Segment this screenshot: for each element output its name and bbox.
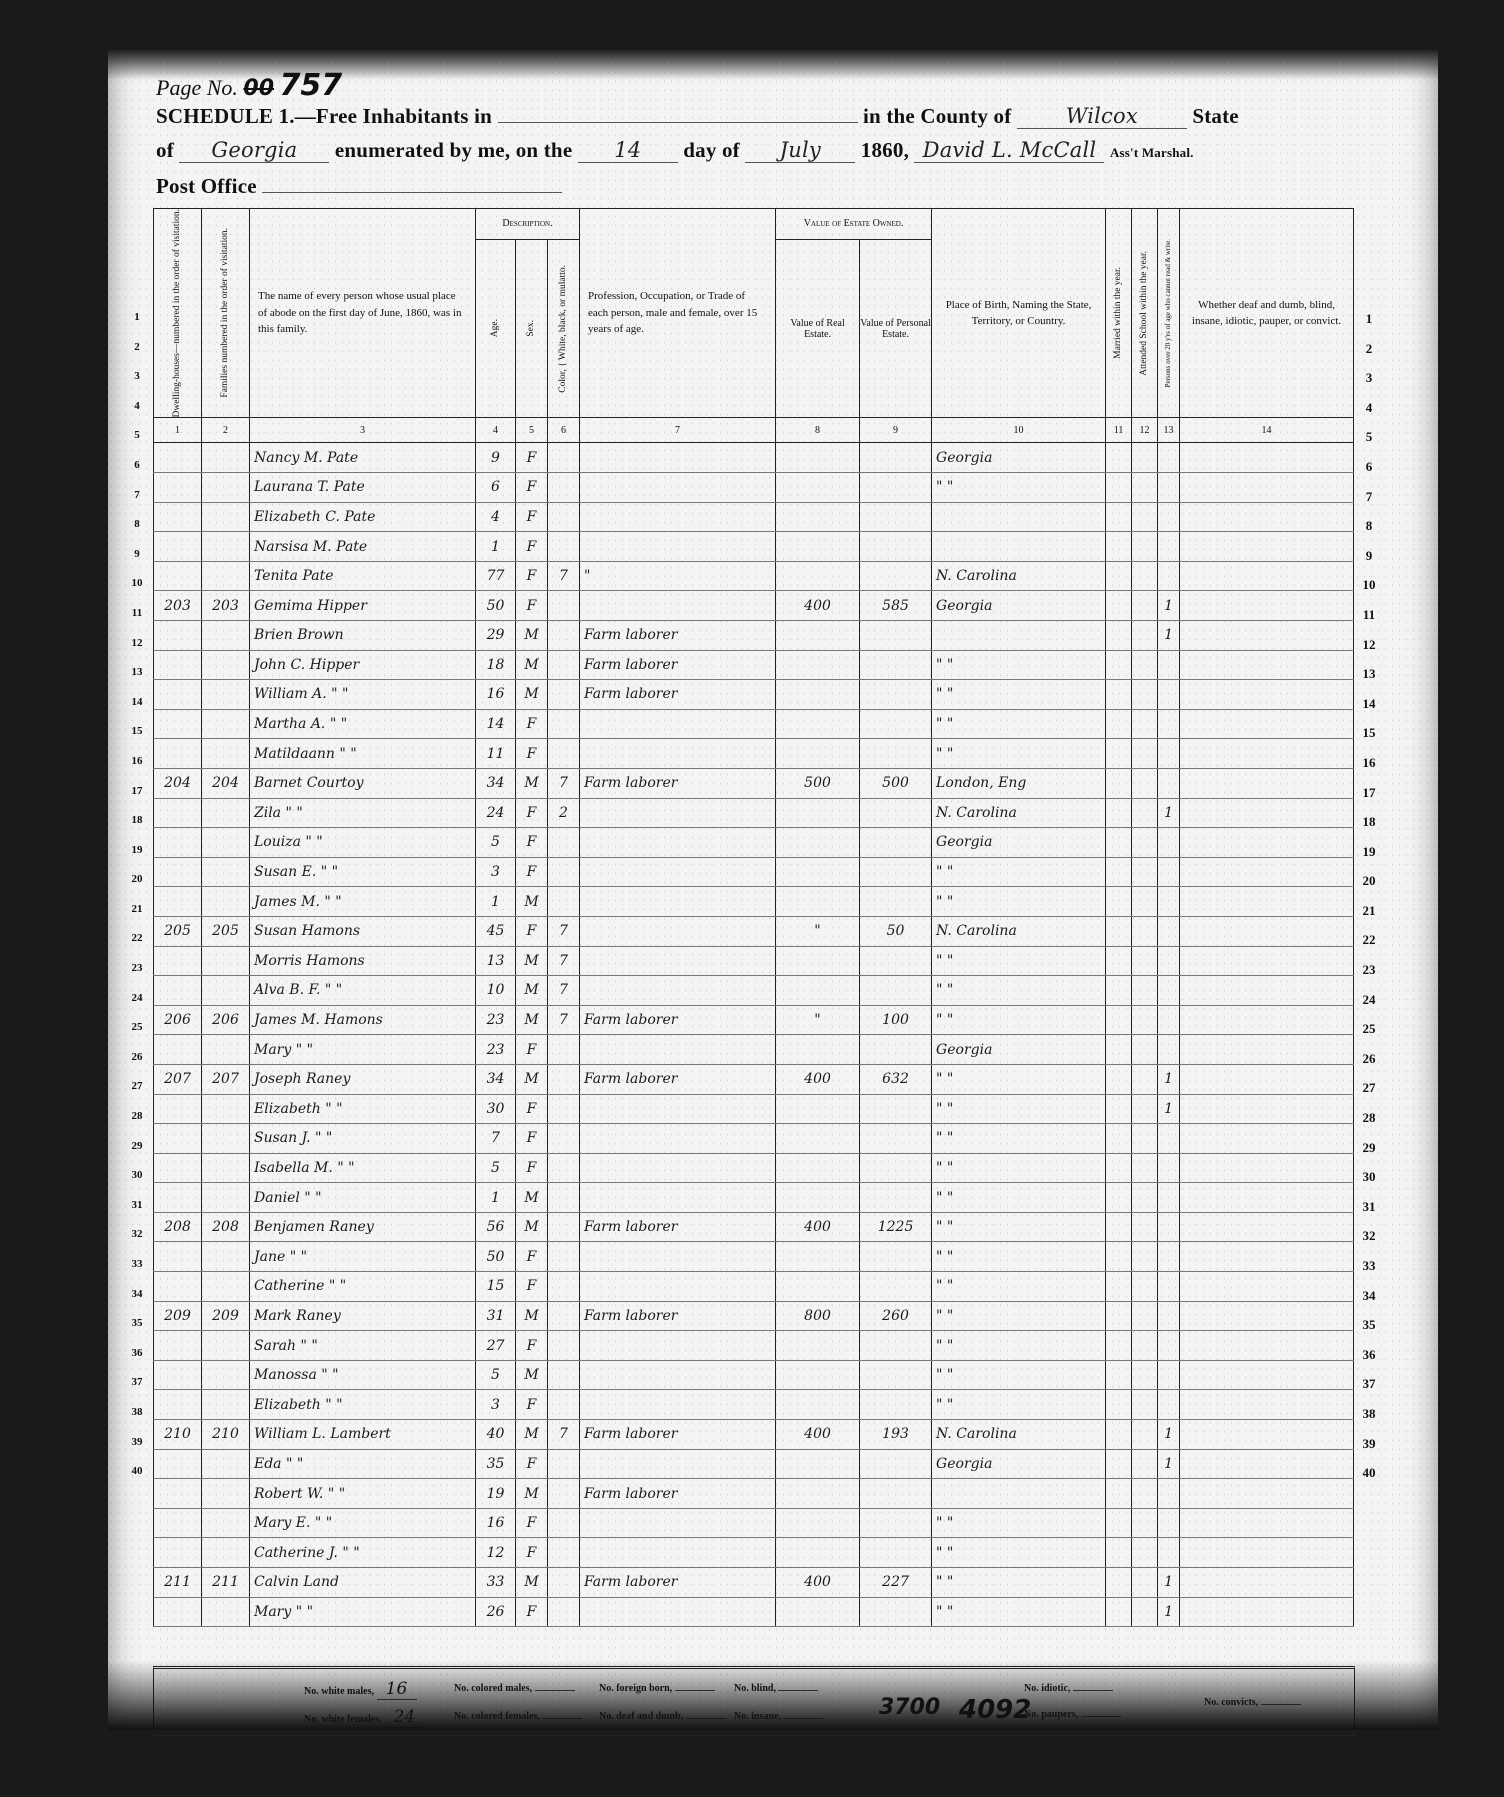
color-cell: 2 bbox=[548, 798, 580, 828]
married-within-year-cell bbox=[1106, 1331, 1132, 1361]
family-number-cell bbox=[202, 739, 250, 769]
table-row: Susan E. " "3F" " bbox=[154, 857, 1354, 887]
table-row: Brien Brown29MFarm laborer1 bbox=[154, 621, 1354, 651]
occupation-cell bbox=[580, 976, 776, 1006]
condition-cell bbox=[1180, 768, 1354, 798]
married-within-year-cell bbox=[1106, 1360, 1132, 1390]
cannot-read-write-cell bbox=[1158, 1508, 1180, 1538]
married-within-year-cell bbox=[1106, 1094, 1132, 1124]
color-cell bbox=[548, 1094, 580, 1124]
line-number: 10 bbox=[124, 577, 150, 607]
age-cell: 50 bbox=[476, 1242, 516, 1272]
person-name-cell: James M. Hamons bbox=[250, 1005, 476, 1035]
attended-school-cell bbox=[1132, 1242, 1158, 1272]
sex-cell: M bbox=[516, 1568, 548, 1598]
table-row: Catherine J. " "12F" " bbox=[154, 1538, 1354, 1568]
marshal-signature: David L. McCall bbox=[914, 138, 1104, 163]
line-number: 16 bbox=[124, 755, 150, 785]
age-cell: 11 bbox=[476, 739, 516, 769]
dwelling-number-cell bbox=[154, 739, 202, 769]
real-estate-value-cell bbox=[776, 1035, 860, 1065]
dwelling-number-cell: 209 bbox=[154, 1301, 202, 1331]
married-within-year-cell bbox=[1106, 1035, 1132, 1065]
sex-cell: F bbox=[516, 857, 548, 887]
attended-school-cell bbox=[1132, 916, 1158, 946]
color-cell: 7 bbox=[548, 1420, 580, 1450]
table-row: Sarah " "27F" " bbox=[154, 1331, 1354, 1361]
col-real-estate-header: Value of Real Estate. bbox=[776, 239, 860, 418]
real-estate-value-cell: 800 bbox=[776, 1301, 860, 1331]
dwelling-number-cell bbox=[154, 976, 202, 1006]
condition-cell bbox=[1180, 1479, 1354, 1509]
personal-estate-value-cell bbox=[860, 739, 932, 769]
month-value: July bbox=[745, 138, 855, 163]
attended-school-cell bbox=[1132, 1212, 1158, 1242]
dwelling-number-cell bbox=[154, 709, 202, 739]
marshal-label: Ass't Marshal. bbox=[1110, 145, 1194, 160]
person-name-cell: Zila " " bbox=[250, 798, 476, 828]
attended-school-cell bbox=[1132, 1124, 1158, 1154]
table-row: 208208Benjamen Raney56MFarm laborer40012… bbox=[154, 1212, 1354, 1242]
condition-cell bbox=[1180, 561, 1354, 591]
color-cell: 7 bbox=[548, 561, 580, 591]
married-within-year-cell bbox=[1106, 532, 1132, 562]
line-number: 4 bbox=[1354, 400, 1384, 430]
family-number-cell bbox=[202, 946, 250, 976]
dwelling-number-cell bbox=[154, 1035, 202, 1065]
condition-cell bbox=[1180, 1212, 1354, 1242]
attended-school-cell bbox=[1132, 680, 1158, 710]
table-row: Mary " "26F" "1 bbox=[154, 1597, 1354, 1627]
condition-cell bbox=[1180, 1538, 1354, 1568]
family-number-cell bbox=[202, 709, 250, 739]
sex-cell: F bbox=[516, 1153, 548, 1183]
personal-estate-value-cell bbox=[860, 1331, 932, 1361]
color-cell: 7 bbox=[548, 946, 580, 976]
age-cell: 30 bbox=[476, 1094, 516, 1124]
census-rows: Nancy M. Pate9FGeorgiaLaurana T. Pate6F"… bbox=[154, 443, 1354, 1627]
dwelling-number-cell bbox=[154, 1597, 202, 1627]
person-name-cell: Susan E. " " bbox=[250, 857, 476, 887]
cannot-read-write-cell bbox=[1158, 1124, 1180, 1154]
dwelling-number-cell bbox=[154, 1094, 202, 1124]
birthplace-cell: " " bbox=[932, 650, 1106, 680]
married-within-year-cell bbox=[1106, 1568, 1132, 1598]
personal-estate-value-cell bbox=[860, 1597, 932, 1627]
condition-cell bbox=[1180, 709, 1354, 739]
table-row: 209209Mark Raney31MFarm laborer800260" " bbox=[154, 1301, 1354, 1331]
attended-school-cell bbox=[1132, 857, 1158, 887]
table-row: James M. " "1M" " bbox=[154, 887, 1354, 917]
real-estate-value-cell bbox=[776, 1242, 860, 1272]
age-cell: 5 bbox=[476, 828, 516, 858]
age-cell: 35 bbox=[476, 1449, 516, 1479]
occupation-cell: Farm laborer bbox=[580, 1568, 776, 1598]
occupation-cell bbox=[580, 857, 776, 887]
dwelling-number-cell bbox=[154, 1538, 202, 1568]
cannot-read-write-cell bbox=[1158, 680, 1180, 710]
cannot-read-write-cell bbox=[1158, 532, 1180, 562]
line-number: 6 bbox=[1354, 459, 1384, 489]
page-no-struck: 00 bbox=[243, 76, 274, 101]
condition-cell bbox=[1180, 857, 1354, 887]
table-row: Morris Hamons13M7" " bbox=[154, 946, 1354, 976]
line-number: 34 bbox=[1354, 1288, 1384, 1318]
family-number-cell bbox=[202, 1390, 250, 1420]
sex-cell: M bbox=[516, 1420, 548, 1450]
attended-school-cell bbox=[1132, 1390, 1158, 1420]
table-row: 206206James M. Hamons23M7Farm laborer"10… bbox=[154, 1005, 1354, 1035]
sex-cell: M bbox=[516, 1212, 548, 1242]
cannot-read-write-cell: 1 bbox=[1158, 1568, 1180, 1598]
person-name-cell: Susan J. " " bbox=[250, 1124, 476, 1154]
age-cell: 40 bbox=[476, 1420, 516, 1450]
real-estate-value-cell bbox=[776, 857, 860, 887]
occupation-cell bbox=[580, 1183, 776, 1213]
person-name-cell: William L. Lambert bbox=[250, 1420, 476, 1450]
color-cell bbox=[548, 1508, 580, 1538]
occupation-cell bbox=[580, 1124, 776, 1154]
birthplace-cell: " " bbox=[932, 1094, 1106, 1124]
attended-school-cell bbox=[1132, 1479, 1158, 1509]
line-number: 24 bbox=[1354, 992, 1384, 1022]
attended-school-cell bbox=[1132, 1064, 1158, 1094]
condition-cell bbox=[1180, 1124, 1354, 1154]
age-cell: 3 bbox=[476, 1390, 516, 1420]
dwelling-number-cell bbox=[154, 1183, 202, 1213]
person-name-cell: Susan Hamons bbox=[250, 916, 476, 946]
line-number: 7 bbox=[124, 489, 150, 519]
sex-cell: M bbox=[516, 1005, 548, 1035]
attended-school-cell bbox=[1132, 621, 1158, 651]
line-number: 40 bbox=[1354, 1465, 1384, 1495]
married-within-year-cell bbox=[1106, 1183, 1132, 1213]
person-name-cell: Calvin Land bbox=[250, 1568, 476, 1598]
birthplace-cell bbox=[932, 502, 1106, 532]
birthplace-cell: Georgia bbox=[932, 1035, 1106, 1065]
table-row: Narsisa M. Pate1F bbox=[154, 532, 1354, 562]
personal-estate-value-cell bbox=[860, 1360, 932, 1390]
married-within-year-cell bbox=[1106, 1212, 1132, 1242]
sex-cell: M bbox=[516, 946, 548, 976]
occupation-cell bbox=[580, 1538, 776, 1568]
occupation-cell bbox=[580, 1331, 776, 1361]
birthplace-cell: Georgia bbox=[932, 591, 1106, 621]
line-number: 31 bbox=[1354, 1199, 1384, 1229]
family-number-cell: 204 bbox=[202, 768, 250, 798]
line-number: 33 bbox=[1354, 1258, 1384, 1288]
condition-cell bbox=[1180, 1508, 1354, 1538]
line-number: 4 bbox=[124, 400, 150, 430]
table-row: Manossa " "5M" " bbox=[154, 1360, 1354, 1390]
personal-estate-value-cell bbox=[860, 680, 932, 710]
line-number: 1 bbox=[124, 311, 150, 341]
real-estate-value-cell bbox=[776, 798, 860, 828]
color-cell bbox=[548, 709, 580, 739]
line-number: 21 bbox=[124, 903, 150, 933]
birthplace-cell: " " bbox=[932, 1153, 1106, 1183]
year-label: 1860, bbox=[861, 138, 909, 162]
family-number-cell: 203 bbox=[202, 591, 250, 621]
sex-cell: F bbox=[516, 1272, 548, 1302]
person-name-cell: Louiza " " bbox=[250, 828, 476, 858]
dwelling-number-cell bbox=[154, 887, 202, 917]
sex-cell: M bbox=[516, 621, 548, 651]
family-number-cell bbox=[202, 621, 250, 651]
person-name-cell: Isabella M. " " bbox=[250, 1153, 476, 1183]
condition-cell bbox=[1180, 1568, 1354, 1598]
married-within-year-cell bbox=[1106, 621, 1132, 651]
sex-cell: F bbox=[516, 709, 548, 739]
person-name-cell: Joseph Raney bbox=[250, 1064, 476, 1094]
dwelling-number-cell bbox=[154, 443, 202, 473]
cannot-read-write-cell bbox=[1158, 887, 1180, 917]
line-number: 2 bbox=[124, 341, 150, 371]
occupation-cell: Farm laborer bbox=[580, 621, 776, 651]
person-name-cell: Mary E. " " bbox=[250, 1508, 476, 1538]
post-office-line: Post Office bbox=[156, 174, 562, 199]
real-estate-value-cell bbox=[776, 1183, 860, 1213]
person-name-cell: Elizabeth " " bbox=[250, 1094, 476, 1124]
family-number-cell bbox=[202, 1183, 250, 1213]
dwelling-number-cell: 210 bbox=[154, 1420, 202, 1450]
condition-cell bbox=[1180, 1153, 1354, 1183]
color-cell bbox=[548, 887, 580, 917]
line-number: 25 bbox=[124, 1021, 150, 1051]
married-within-year-cell bbox=[1106, 680, 1132, 710]
occupation-cell bbox=[580, 798, 776, 828]
line-number: 25 bbox=[1354, 1021, 1384, 1051]
line-number: 20 bbox=[124, 873, 150, 903]
county-label: in the County of bbox=[863, 104, 1011, 128]
table-row: Robert W. " "19MFarm laborer bbox=[154, 1479, 1354, 1509]
occupation-cell: Farm laborer bbox=[580, 1212, 776, 1242]
married-within-year-cell bbox=[1106, 561, 1132, 591]
table-row: Matildaann " "11F" " bbox=[154, 739, 1354, 769]
dwelling-number-cell: 205 bbox=[154, 916, 202, 946]
person-name-cell: William A. " " bbox=[250, 680, 476, 710]
table-row: Jane " "50F" " bbox=[154, 1242, 1354, 1272]
line-number: 21 bbox=[1354, 903, 1384, 933]
personal-estate-value-cell: 585 bbox=[860, 591, 932, 621]
person-name-cell: Mary " " bbox=[250, 1035, 476, 1065]
personal-estate-value-cell bbox=[860, 650, 932, 680]
occupation-cell bbox=[580, 532, 776, 562]
color-cell bbox=[548, 1212, 580, 1242]
occupation-cell: Farm laborer bbox=[580, 650, 776, 680]
family-number-cell bbox=[202, 1124, 250, 1154]
married-within-year-cell bbox=[1106, 502, 1132, 532]
personal-estate-value-cell: 632 bbox=[860, 1064, 932, 1094]
line-number: 29 bbox=[1354, 1140, 1384, 1170]
occupation-cell: " bbox=[580, 561, 776, 591]
description-header: Description. bbox=[476, 209, 580, 240]
occupation-cell bbox=[580, 887, 776, 917]
age-cell: 24 bbox=[476, 798, 516, 828]
person-name-cell: Mary " " bbox=[250, 1597, 476, 1627]
married-within-year-cell bbox=[1106, 1538, 1132, 1568]
condition-cell bbox=[1180, 828, 1354, 858]
person-name-cell: Nancy M. Pate bbox=[250, 443, 476, 473]
color-cell: 7 bbox=[548, 768, 580, 798]
birthplace-cell: " " bbox=[932, 1212, 1106, 1242]
line-number: 26 bbox=[124, 1051, 150, 1081]
line-number: 28 bbox=[124, 1110, 150, 1140]
family-number-cell bbox=[202, 1331, 250, 1361]
family-number-cell bbox=[202, 1597, 250, 1627]
dwelling-number-cell bbox=[154, 1331, 202, 1361]
dwelling-number-cell bbox=[154, 1153, 202, 1183]
family-number-cell bbox=[202, 1153, 250, 1183]
condition-cell bbox=[1180, 650, 1354, 680]
family-number-cell bbox=[202, 532, 250, 562]
color-cell bbox=[548, 650, 580, 680]
personal-estate-value-cell: 100 bbox=[860, 1005, 932, 1035]
attended-school-cell bbox=[1132, 946, 1158, 976]
occupation-cell: Farm laborer bbox=[580, 768, 776, 798]
person-name-cell: Alva B. F. " " bbox=[250, 976, 476, 1006]
line-number: 32 bbox=[1354, 1228, 1384, 1258]
real-estate-value-cell bbox=[776, 828, 860, 858]
real-estate-value-cell bbox=[776, 976, 860, 1006]
real-estate-value-cell bbox=[776, 1479, 860, 1509]
attended-school-cell bbox=[1132, 1420, 1158, 1450]
color-cell: 7 bbox=[548, 1005, 580, 1035]
col-dwelling-header: Dwelling-houses—numbered in the order of… bbox=[154, 209, 202, 418]
table-row: Isabella M. " "5F" " bbox=[154, 1153, 1354, 1183]
birthplace-cell: " " bbox=[932, 1538, 1106, 1568]
attended-school-cell bbox=[1132, 739, 1158, 769]
family-number-cell bbox=[202, 1035, 250, 1065]
color-cell bbox=[548, 1360, 580, 1390]
birthplace-cell: N. Carolina bbox=[932, 916, 1106, 946]
attended-school-cell bbox=[1132, 473, 1158, 503]
occupation-cell: Farm laborer bbox=[580, 1005, 776, 1035]
table-row: 205205Susan Hamons45F7"50N. Carolina bbox=[154, 916, 1354, 946]
color-cell: 7 bbox=[548, 976, 580, 1006]
sex-cell: F bbox=[516, 502, 548, 532]
person-name-cell: Benjamen Raney bbox=[250, 1212, 476, 1242]
condition-cell bbox=[1180, 1331, 1354, 1361]
cannot-read-write-cell: 1 bbox=[1158, 798, 1180, 828]
sex-cell: F bbox=[516, 1242, 548, 1272]
age-cell: 16 bbox=[476, 1508, 516, 1538]
cannot-read-write-cell bbox=[1158, 1538, 1180, 1568]
real-estate-value-cell bbox=[776, 1272, 860, 1302]
cannot-read-write-cell: 1 bbox=[1158, 1420, 1180, 1450]
color-cell bbox=[548, 1390, 580, 1420]
real-estate-value-cell bbox=[776, 887, 860, 917]
line-number: 28 bbox=[1354, 1110, 1384, 1140]
age-cell: 26 bbox=[476, 1597, 516, 1627]
occupation-cell bbox=[580, 916, 776, 946]
color-cell bbox=[548, 1242, 580, 1272]
line-number: 33 bbox=[124, 1258, 150, 1288]
age-cell: 1 bbox=[476, 887, 516, 917]
age-cell: 27 bbox=[476, 1331, 516, 1361]
personal-estate-value-cell bbox=[860, 1272, 932, 1302]
line-number: 40 bbox=[124, 1465, 150, 1495]
birthplace-cell: Georgia bbox=[932, 443, 1106, 473]
age-cell: 77 bbox=[476, 561, 516, 591]
line-number: 22 bbox=[1354, 932, 1384, 962]
personal-estate-value-cell bbox=[860, 1508, 932, 1538]
table-row: Elizabeth C. Pate4F bbox=[154, 502, 1354, 532]
line-number: 1 bbox=[1354, 311, 1384, 341]
cannot-read-write-cell bbox=[1158, 1301, 1180, 1331]
line-number: 36 bbox=[1354, 1347, 1384, 1377]
line-number: 38 bbox=[1354, 1406, 1384, 1436]
married-within-year-cell bbox=[1106, 976, 1132, 1006]
attended-school-cell bbox=[1132, 443, 1158, 473]
line-number: 29 bbox=[124, 1140, 150, 1170]
person-name-cell: Martha A. " " bbox=[250, 709, 476, 739]
col-occupation-header: Profession, Occupation, or Trade of each… bbox=[580, 209, 776, 418]
occupation-cell bbox=[580, 1390, 776, 1420]
birthplace-cell: " " bbox=[932, 1568, 1106, 1598]
personal-estate-value-cell bbox=[860, 828, 932, 858]
dwelling-number-cell bbox=[154, 798, 202, 828]
line-number: 3 bbox=[1354, 370, 1384, 400]
birthplace-cell: " " bbox=[932, 887, 1106, 917]
dwelling-number-cell bbox=[154, 1449, 202, 1479]
sex-cell: M bbox=[516, 1479, 548, 1509]
line-number: 30 bbox=[1354, 1169, 1384, 1199]
sex-cell: M bbox=[516, 680, 548, 710]
condition-cell bbox=[1180, 473, 1354, 503]
real-estate-value-cell bbox=[776, 1331, 860, 1361]
personal-estate-value-cell: 227 bbox=[860, 1568, 932, 1598]
occupation-cell bbox=[580, 1035, 776, 1065]
line-number: 35 bbox=[124, 1317, 150, 1347]
condition-cell bbox=[1180, 916, 1354, 946]
page-no-label: Page No. bbox=[156, 75, 238, 100]
family-number-cell bbox=[202, 1360, 250, 1390]
personal-estate-value-cell bbox=[860, 1449, 932, 1479]
age-cell: 14 bbox=[476, 709, 516, 739]
sex-cell: F bbox=[516, 473, 548, 503]
birthplace-cell: " " bbox=[932, 1360, 1106, 1390]
col-cannot-read-header: Persons over 20 y'rs of age who cannot r… bbox=[1158, 209, 1180, 418]
dwelling-number-cell bbox=[154, 561, 202, 591]
attended-school-cell bbox=[1132, 709, 1158, 739]
attended-school-cell bbox=[1132, 1035, 1158, 1065]
attended-school-cell bbox=[1132, 1568, 1158, 1598]
birthplace-cell: " " bbox=[932, 1301, 1106, 1331]
personal-estate-value-cell bbox=[860, 1124, 932, 1154]
condition-cell bbox=[1180, 1035, 1354, 1065]
attended-school-cell bbox=[1132, 502, 1158, 532]
table-row: William A. " "16MFarm laborer" " bbox=[154, 680, 1354, 710]
age-cell: 31 bbox=[476, 1301, 516, 1331]
family-number-cell bbox=[202, 887, 250, 917]
birthplace-cell bbox=[932, 621, 1106, 651]
dwelling-number-cell bbox=[154, 1272, 202, 1302]
line-number: 8 bbox=[1354, 518, 1384, 548]
sex-cell: F bbox=[516, 1538, 548, 1568]
real-estate-value-cell bbox=[776, 502, 860, 532]
col-color-header: Color, { White, black, or mulatto. bbox=[548, 239, 580, 418]
condition-cell bbox=[1180, 680, 1354, 710]
family-number-cell bbox=[202, 976, 250, 1006]
sex-cell: M bbox=[516, 768, 548, 798]
age-cell: 1 bbox=[476, 532, 516, 562]
personal-estate-value-cell bbox=[860, 1094, 932, 1124]
condition-cell bbox=[1180, 976, 1354, 1006]
condition-cell bbox=[1180, 1094, 1354, 1124]
table-row: 204204Barnet Courtoy34M7Farm laborer5005… bbox=[154, 768, 1354, 798]
real-estate-value-cell bbox=[776, 1390, 860, 1420]
